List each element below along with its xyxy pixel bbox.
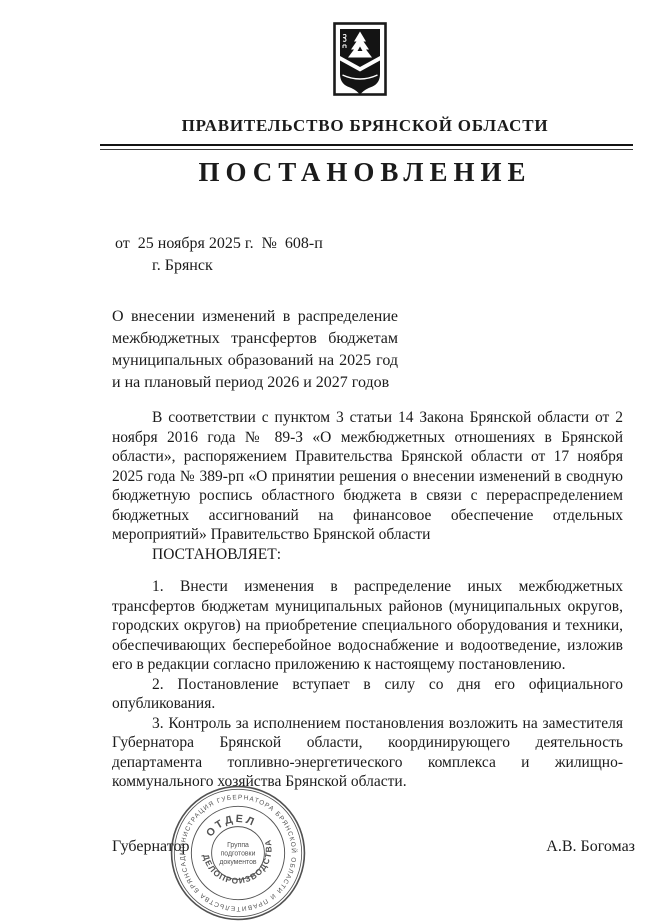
item-paragraph-2: 2. Постановление вступает в силу со дня … [112, 675, 623, 714]
intro-paragraph: В соответствии с пунктом 3 статьи 14 Зак… [112, 408, 623, 545]
svg-text:подготовки: подготовки [221, 851, 256, 858]
date-number-line: от 25 ноября 2025 г. № 608-п [115, 233, 323, 255]
city-line: г. Брянск [115, 255, 323, 277]
resolution-items: 1. Внести изменения в распределение иных… [112, 577, 623, 792]
doc-title-line: и на плановый период 2026 и 2027 годов [112, 372, 398, 394]
item-paragraph-1: 1. Внести изменения в распределение иных… [112, 577, 623, 675]
document-page: ПРАВИТЕЛЬСТВО БРЯНСКОЙ ОБЛАСТИ ПОСТАНОВЛ… [0, 0, 670, 923]
document-body: В соответствии с пунктом 3 статьи 14 Зак… [112, 408, 623, 792]
svg-text:Группа: Группа [227, 842, 249, 849]
signature-name: А.В. Богомаз [546, 838, 635, 856]
date-block: от 25 ноября 2025 г. № 608-п г. Брянск [115, 233, 323, 277]
bryansk-coat-of-arms-icon [333, 22, 387, 96]
stamp-dept-top-text: ОТДЕЛ [201, 808, 260, 841]
doc-title-line: муниципальных образований на 2025 год [112, 350, 398, 372]
svg-text:документов: документов [219, 859, 257, 866]
doc-type-title: ПОСТАНОВЛЕНИЕ [60, 157, 670, 188]
item-paragraph-3: 3. Контроль за исполнением постановления… [112, 714, 623, 792]
doc-title-line: О внесении изменений в распределение [112, 306, 398, 328]
office-round-stamp: АДМИНИСТРАЦИЯ ГУБЕРНАТОРА БРЯНСКОЙ ОБЛАС… [167, 782, 309, 923]
stamp-center-text: Группа подготовки документов [219, 842, 257, 866]
doc-title: О внесении изменений в распределение меж… [112, 306, 398, 394]
resolves-line: ПОСТАНОВЛЯЕТ: [112, 545, 623, 565]
org-name: ПРАВИТЕЛЬСТВО БРЯНСКОЙ ОБЛАСТИ [60, 116, 670, 136]
header-divider-rule [100, 144, 633, 150]
doc-title-line: межбюджетных трансфертов бюджетам [112, 328, 398, 350]
